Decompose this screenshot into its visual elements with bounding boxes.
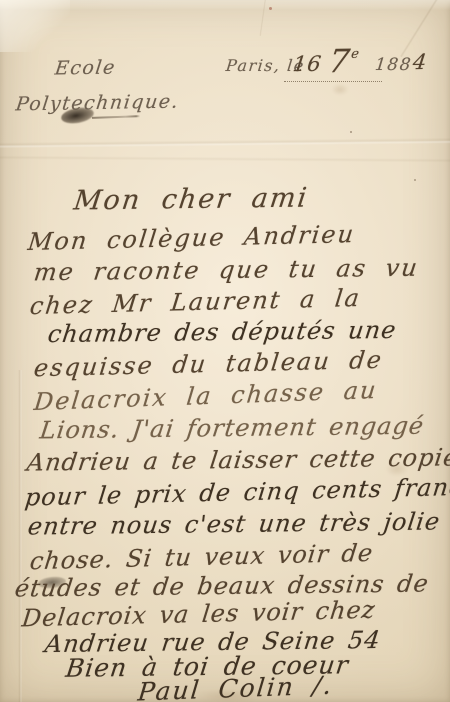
- letter-line: Andrieu a te laisser cette copie: [25, 443, 450, 476]
- letter-line: pour le prix de cinq cents francs: [23, 472, 450, 511]
- letter-line: chambre des députés une: [46, 316, 398, 348]
- paper-stain: [332, 84, 348, 95]
- letter-photograph: Ecole Polytechnique. Paris, le 16 7e 188…: [0, 0, 450, 702]
- letter-line: Lions. J'ai fortement engagé: [38, 412, 426, 445]
- letter-line: entre nous c'est une très jolie: [26, 507, 442, 540]
- letter-line: Delacroix la chasse au: [33, 376, 379, 416]
- letterhead-school-line2: Polytechnique.: [14, 91, 180, 116]
- ink-blot-tail: [92, 115, 140, 119]
- letterhead-school-line1: Ecole: [54, 56, 118, 79]
- paper-speck: [350, 131, 352, 133]
- letter-line: chez Mr Laurent a la: [28, 284, 362, 320]
- paper-speck: [269, 7, 272, 10]
- dateline-year-printed: 188: [374, 55, 413, 75]
- letter-line: me raconte que tu as vu: [32, 254, 420, 287]
- dateline-month: 7e: [327, 42, 362, 80]
- letter-line: Mon collègue Andrieu: [26, 220, 356, 256]
- dateline-dotted-rule: [284, 80, 382, 82]
- paper-crease-horizontal: [0, 138, 450, 149]
- paper-fold-vertical: [18, 370, 22, 702]
- dateline-month-suffix: e: [350, 47, 361, 62]
- paper-top-edge-highlight: [0, 0, 450, 10]
- dateline-year-written: 4: [411, 50, 428, 74]
- letter-salutation: Mon cher ami: [72, 183, 310, 217]
- dateline-day: 16: [291, 52, 323, 76]
- paper-speck: [414, 179, 416, 181]
- paper-crease-horizontal: [0, 155, 450, 162]
